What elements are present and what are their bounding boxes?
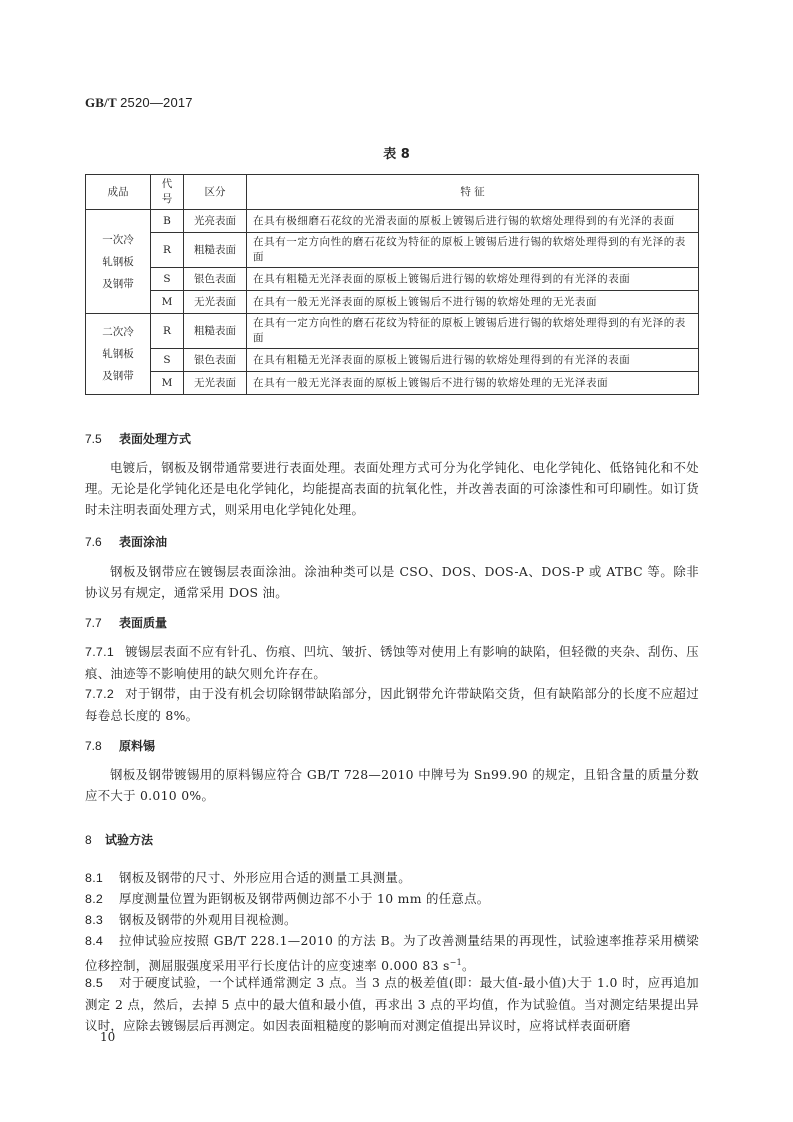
section-heading-7-5: 7.5表面处理方式: [85, 430, 191, 447]
col-header-product: 成品: [86, 175, 151, 210]
col-header-code: 代号: [151, 175, 184, 210]
feature-cell: 在具有极细磨石花纹的光滑表面的原板上镀锡后进行锡的软熔处理得到的有光泽的表面: [247, 210, 699, 233]
section-heading-8: 8试验方法: [85, 831, 153, 848]
feature-cell: 在具有粗糙无光泽表面的原板上镀锡后进行锡的软熔处理得到的有光泽的表面: [247, 349, 699, 372]
surface-type-table: 成品 代号 区分 特 征 一次冷 轧钢板 及钢带 B 光亮表面 在具有极细磨石花…: [85, 174, 699, 395]
feature-cell: 在具有一般无光泽表面的原板上镀锡后不进行锡的软熔处理的无光泽表面: [247, 372, 699, 395]
code-cell: M: [151, 372, 184, 395]
clause-7-7-2: 7.7.2对于钢带，由于没有机会切除钢带缺陷部分，因此钢带允许带缺陷交货，但有缺…: [85, 683, 699, 726]
type-cell: 无光表面: [184, 291, 247, 314]
page-number: 10: [100, 1030, 115, 1044]
table-row: S 银色表面 在具有粗糙无光泽表面的原板上镀锡后进行锡的软熔处理得到的有光泽的表…: [86, 268, 699, 291]
type-cell: 粗糙表面: [184, 233, 247, 268]
feature-cell: 在具有一定方向性的磨石花纹为特征的原板上镀锡后进行锡的软熔处理得到的有光泽的表面: [247, 233, 699, 268]
feature-cell: 在具有一般无光泽表面的原板上镀锡后不进行锡的软熔处理的无光表面: [247, 291, 699, 314]
feature-cell: 在具有粗糙无光泽表面的原板上镀锡后进行锡的软熔处理得到的有光泽的表面: [247, 268, 699, 291]
section-heading-7-7: 7.7表面质量: [85, 614, 167, 631]
code-cell: R: [151, 233, 184, 268]
code-cell: S: [151, 268, 184, 291]
feature-cell: 在具有一定方向性的磨石花纹为特征的原板上镀锡后进行锡的软熔处理得到的有光泽的表面: [247, 314, 699, 349]
code-cell: M: [151, 291, 184, 314]
code-cell: B: [151, 210, 184, 233]
product-cell: 一次冷 轧钢板 及钢带: [86, 210, 151, 314]
section-heading-7-8: 7.8原料锡: [85, 737, 155, 754]
clause-7-7-1: 7.7.1镀锡层表面不应有针孔、伤痕、凹坑、皱折、锈蚀等对使用上有影响的缺陷，但…: [85, 641, 699, 684]
section-7-5-text: 电镀后，钢板及钢带通常要进行表面处理。表面处理方式可分为化学钝化、电化学钝化、低…: [85, 457, 699, 520]
clause-8-4: 8.4拉伸试验应按照 GB/T 228.1—2010 的方法 B。为了改善测量结…: [85, 930, 699, 976]
section-heading-7-6: 7.6表面涂油: [85, 533, 167, 550]
type-cell: 光亮表面: [184, 210, 247, 233]
table-caption: 表 8: [0, 143, 793, 162]
type-cell: 银色表面: [184, 349, 247, 372]
section-7-8-text: 钢板及钢带镀锡用的原料锡应符合 GB/T 728—2010 中牌号为 Sn99.…: [85, 764, 699, 806]
type-cell: 无光表面: [184, 372, 247, 395]
code-cell: S: [151, 349, 184, 372]
table-header-row: 成品 代号 区分 特 征: [86, 175, 699, 210]
col-header-type: 区分: [184, 175, 247, 210]
clause-8-5: 8.5对于硬度试验，一个试样通常测定 3 点。当 3 点的极差值(即：最大值-最…: [85, 972, 699, 1036]
type-cell: 银色表面: [184, 268, 247, 291]
product-cell: 二次冷 轧钢板 及钢带: [86, 314, 151, 395]
type-cell: 粗糙表面: [184, 314, 247, 349]
standard-number: 2520—2017: [120, 95, 193, 110]
col-header-feature: 特 征: [247, 175, 699, 210]
clause-8-2: 8.2厚度测量位置为距钢板及钢带两侧边部不小于 10 mm 的任意点。: [85, 888, 699, 910]
table-row: 一次冷 轧钢板 及钢带 B 光亮表面 在具有极细磨石花纹的光滑表面的原板上镀锡后…: [86, 210, 699, 233]
table-row: 二次冷 轧钢板 及钢带 R 粗糙表面 在具有一定方向性的磨石花纹为特征的原板上镀…: [86, 314, 699, 349]
clause-8-1: 8.1钢板及钢带的尺寸、外形应用合适的测量工具测量。: [85, 867, 699, 889]
code-cell: R: [151, 314, 184, 349]
section-7-6-text: 钢板及钢带应在镀锡层表面涂油。涂油种类可以是 CSO、DOS、DOS-A、DOS…: [85, 561, 699, 603]
standard-prefix: GB/T: [85, 95, 117, 110]
table-row: M 无光表面 在具有一般无光泽表面的原板上镀锡后不进行锡的软熔处理的无光泽表面: [86, 372, 699, 395]
table-row: R 粗糙表面 在具有一定方向性的磨石花纹为特征的原板上镀锡后进行锡的软熔处理得到…: [86, 233, 699, 268]
table-row: M 无光表面 在具有一般无光泽表面的原板上镀锡后不进行锡的软熔处理的无光表面: [86, 291, 699, 314]
clause-8-3: 8.3钢板及钢带的外观用目视检测。: [85, 909, 699, 931]
table-row: S 银色表面 在具有粗糙无光泽表面的原板上镀锡后进行锡的软熔处理得到的有光泽的表…: [86, 349, 699, 372]
standard-header: GB/T 2520—2017: [85, 95, 193, 111]
